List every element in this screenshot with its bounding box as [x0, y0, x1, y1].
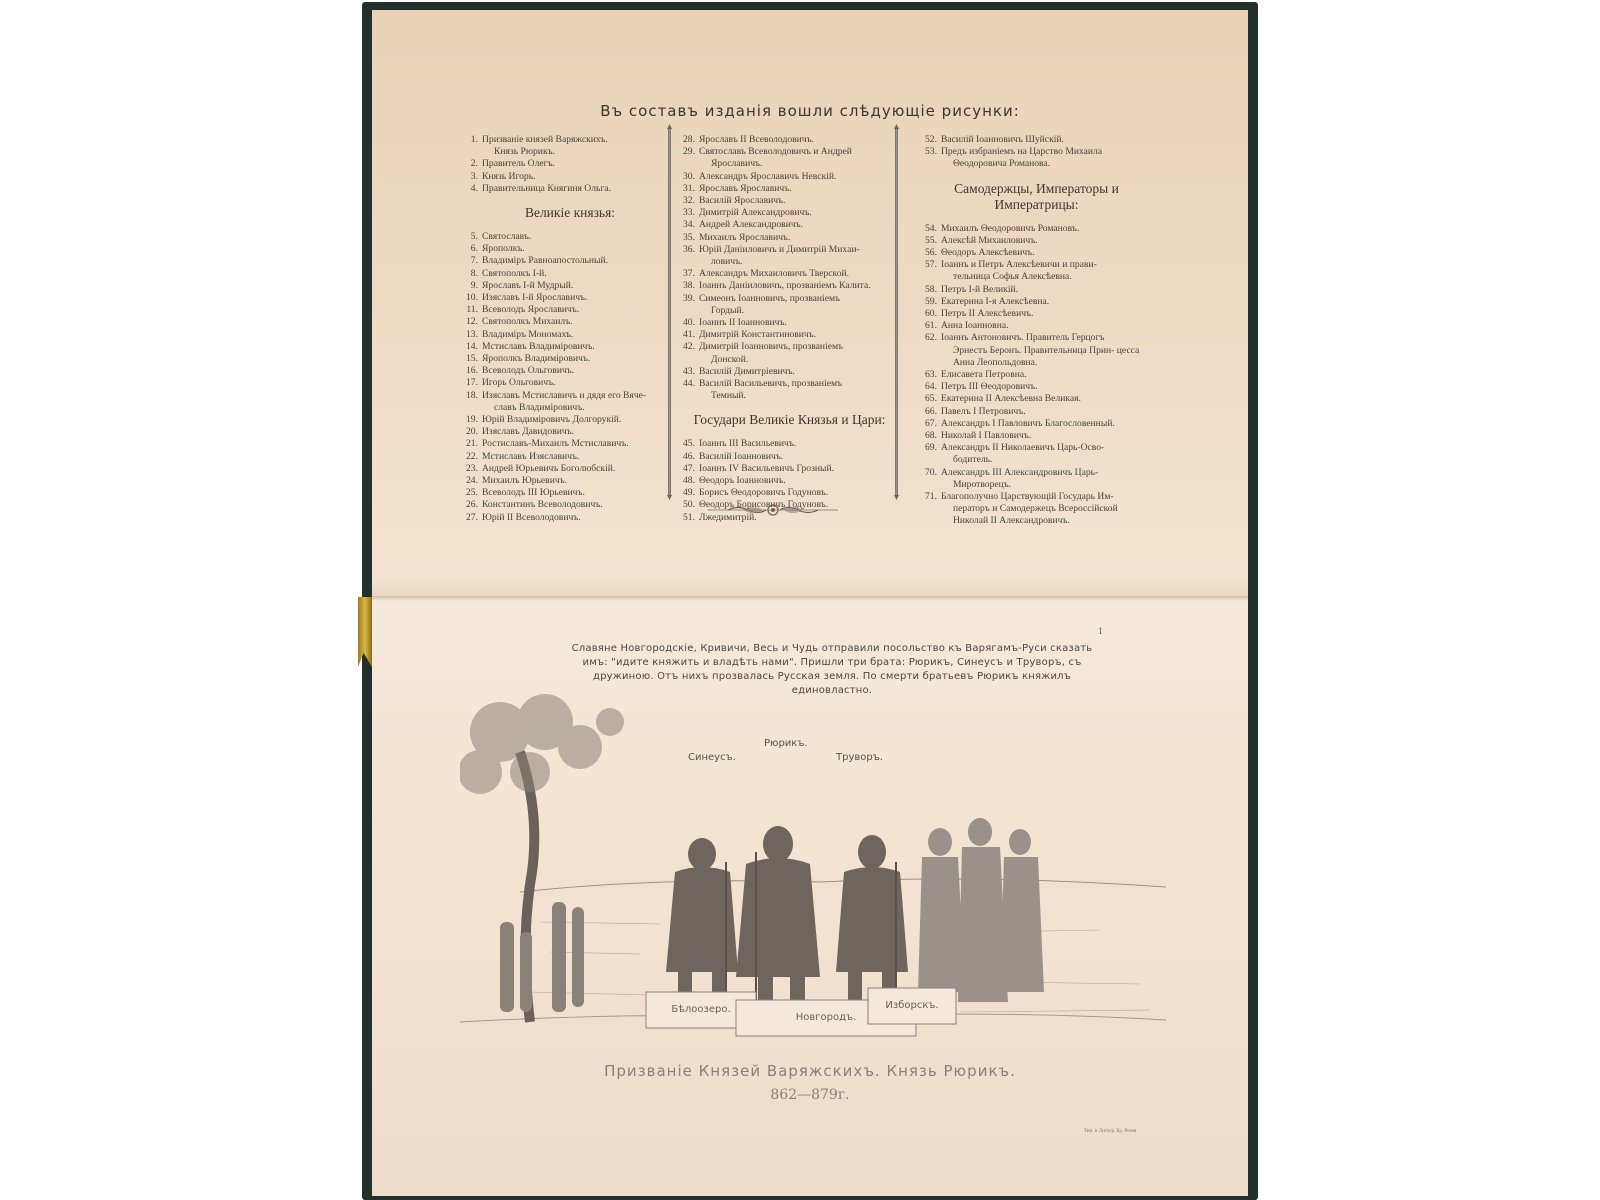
- entry-text: Владиміръ Равноапостольный.: [482, 255, 680, 267]
- entry-number: 61.: [919, 320, 941, 332]
- entry-number: 24.: [460, 475, 482, 487]
- entry-number: 14.: [460, 341, 482, 353]
- contents-entry: 42.Димитрій Іоанновичъ, прозваніемъДонск…: [677, 341, 902, 365]
- entry-title: Петръ I-й Великій.: [941, 284, 1018, 295]
- entry-text: Іоаннъ Антоновичъ. Правитель ГерцогъЭрне…: [941, 332, 1154, 369]
- entry-text: Александръ II Николаевичъ Царь-Осво-боди…: [941, 442, 1154, 466]
- contents-entry: 60.Петръ II Алексѣевичъ.: [919, 308, 1154, 320]
- entry-text: Симеонъ Іоанновичъ, прозваніемъГордый.: [699, 293, 902, 317]
- entry-title: Святославъ.: [482, 231, 531, 242]
- contents-entry: 59.Екатерина I-я Алексѣевна.: [919, 296, 1154, 308]
- entry-title: Игорь Ольговичъ.: [482, 377, 555, 388]
- contents-entry: 37.Александръ Михаиловичъ Тверской.: [677, 268, 902, 280]
- contents-entry: 36.Юрій Даніиловичъ и Димитрій Михаи-лов…: [677, 244, 902, 268]
- contents-entry: 48.Θеодоръ Іоанновичъ.: [677, 475, 902, 487]
- entry-title: Димитрій Константиновичъ.: [699, 329, 816, 340]
- entry-title: Борисъ Θеодоровичъ Годуновъ.: [699, 487, 828, 498]
- contents-entry: 2.Правитель Олегъ.: [460, 158, 680, 170]
- entry-title: Іоаннъ II Іоанновичъ.: [699, 317, 787, 328]
- entry-text: Святославъ Всеволодовичъ и АндрейЯрослав…: [699, 146, 902, 170]
- contents-entry: 6.Ярополкъ.: [460, 243, 680, 255]
- entry-title: Святославъ Всеволодовичъ и Андрей: [699, 146, 852, 157]
- entry-continuation: Θеодоровича Романова.: [941, 158, 1154, 170]
- entry-number: 59.: [919, 296, 941, 308]
- section-heading: Великіе князья:: [460, 205, 680, 221]
- section-heading: Государи Великіе Князья и Цари:: [677, 412, 902, 428]
- contents-entry: 43.Василій Димитріевичъ.: [677, 366, 902, 378]
- entry-title: Димитрій Александровичъ.: [699, 207, 812, 218]
- contents-entry: 62.Іоаннъ Антоновичъ. Правитель ГерцогъЭ…: [919, 332, 1154, 369]
- contents-entry: 13.Владиміръ Мономахъ.: [460, 329, 680, 341]
- entry-continuation: ловичъ.: [699, 256, 902, 268]
- entry-text: Димитрій Іоанновичъ, прозваніемъДонской.: [699, 341, 902, 365]
- entry-text: Іоаннъ и Петръ Алексѣевичи и прави-тельн…: [941, 259, 1154, 283]
- entry-text: Алексѣй Михаиловичъ.: [941, 235, 1154, 247]
- entry-number: 60.: [919, 308, 941, 320]
- entry-continuation: Гордый.: [699, 305, 902, 317]
- entry-number: 13.: [460, 329, 482, 341]
- contents-entry: 56.Θеодоръ Алексѣевичъ.: [919, 247, 1154, 259]
- entry-text: Юрій II Всеволодовичъ.: [482, 512, 680, 524]
- entry-title: Петръ III Θеодоровичъ.: [941, 381, 1037, 392]
- entry-title: Петръ II Алексѣевичъ.: [941, 308, 1033, 319]
- entry-text: Всеволодъ Ольговичъ.: [482, 365, 680, 377]
- entry-number: 67.: [919, 418, 941, 430]
- entry-text: Андрей Александровичъ.: [699, 219, 902, 231]
- contents-entry: 39.Симеонъ Іоанновичъ, прозваніемъГордый…: [677, 293, 902, 317]
- entry-title: Михаилъ Юрьевичъ.: [482, 475, 567, 486]
- contents-entry: 57.Іоаннъ и Петръ Алексѣевичи и прави-те…: [919, 259, 1154, 283]
- entry-continuation: славъ Владиміровичъ.: [482, 402, 680, 414]
- entry-title: Князь Игорь.: [482, 171, 536, 182]
- entry-text: Іоаннъ III Васильевичъ.: [699, 438, 902, 450]
- entry-continuation: бодитель.: [941, 454, 1154, 466]
- entry-number: 32.: [677, 195, 699, 207]
- contents-entry: 61.Анна Іоанновна.: [919, 320, 1154, 332]
- entry-text: Елисавета Петровна.: [941, 369, 1154, 381]
- contents-entry: 26.Константинъ Всеволодовичъ.: [460, 499, 680, 511]
- entry-text: Всеволодъ Ярославичъ.: [482, 304, 680, 316]
- contents-entry: 40.Іоаннъ II Іоанновичъ.: [677, 317, 902, 329]
- entry-title: Юрій Даніиловичъ и Димитрій Михаи-: [699, 244, 860, 255]
- entry-title: Михаилъ Θеодоровичъ Романовъ.: [941, 223, 1079, 234]
- entry-text: Петръ III Θеодоровичъ.: [941, 381, 1154, 393]
- entry-number: 15.: [460, 353, 482, 365]
- entry-title: Мстиславъ Изяславичъ.: [482, 451, 579, 462]
- contents-entry: 63.Елисавета Петровна.: [919, 369, 1154, 381]
- entry-number: 21.: [460, 438, 482, 450]
- entry-title: Василій Васильевичъ, прозваніемъ: [699, 378, 842, 389]
- contents-entry: 64.Петръ III Θеодоровичъ.: [919, 381, 1154, 393]
- entry-text: Петръ I-й Великій.: [941, 284, 1154, 296]
- entry-text: Екатерина I-я Алексѣевна.: [941, 296, 1154, 308]
- entry-number: 68.: [919, 430, 941, 442]
- contents-entry: 68.Николай I Павловичъ.: [919, 430, 1154, 442]
- entry-number: 53.: [919, 146, 941, 170]
- contents-entry: 34.Андрей Александровичъ.: [677, 219, 902, 231]
- contents-entry: 28.Ярославъ II Всеволодовичъ.: [677, 134, 902, 146]
- entry-number: 71.: [919, 491, 941, 528]
- section-heading: Самодержцы, Императоры и Императрицы:: [919, 181, 1154, 213]
- entry-title: Василій Димитріевичъ.: [699, 366, 795, 377]
- entry-title: Николай I Павловичъ.: [941, 430, 1031, 441]
- contents-entry: 67.Александръ I Павловичъ Благословенный…: [919, 418, 1154, 430]
- entry-text: Александръ Ярославичъ Невскій.: [699, 171, 902, 183]
- entry-number: 52.: [919, 134, 941, 146]
- entry-text: Александръ Михаиловичъ Тверской.: [699, 268, 902, 280]
- entry-continuation: Ярославичъ.: [699, 158, 902, 170]
- entry-number: 43.: [677, 366, 699, 378]
- entry-text: Князь Игорь.: [482, 171, 680, 183]
- entry-text: Изяславъ Давидовичъ.: [482, 426, 680, 438]
- entry-number: 57.: [919, 259, 941, 283]
- entry-number: 41.: [677, 329, 699, 341]
- entry-number: 46.: [677, 451, 699, 463]
- contents-entry: 53.Предъ избраніемъ на Царство МихаилаΘе…: [919, 146, 1154, 170]
- entry-title: Изяславъ I-й Ярославичъ.: [482, 292, 587, 303]
- entry-number: 1.: [460, 134, 482, 158]
- entry-text: Борисъ Θеодоровичъ Годуновъ.: [699, 487, 902, 499]
- entry-text: Ярославъ Ярославичъ.: [699, 183, 902, 195]
- entry-number: 66.: [919, 406, 941, 418]
- entry-title: Екатерина II Алексѣевна Великая.: [941, 393, 1081, 404]
- entry-text: Благополучно Царствующій Государь Им-пер…: [941, 491, 1154, 528]
- top-page-contents: Въ составъ изданія вошли слѣдующіе рисун…: [372, 10, 1248, 602]
- entry-title: Іоаннъ и Петръ Алексѣевичи и прави-: [941, 259, 1097, 270]
- entry-title: Θеодоръ Іоанновичъ.: [699, 475, 786, 486]
- contents-entry: 4.Правительница Княгиня Ольга.: [460, 183, 680, 195]
- contents-entry: 10.Изяславъ I-й Ярославичъ.: [460, 292, 680, 304]
- entry-number: 44.: [677, 378, 699, 402]
- entry-continuation: Эрнестъ Беронъ. Правительница Прин- цесс…: [941, 345, 1154, 369]
- entry-text: Анна Іоанновна.: [941, 320, 1154, 332]
- entry-number: 8.: [460, 268, 482, 280]
- entry-title: Владиміръ Мономахъ.: [482, 329, 573, 340]
- entry-number: 55.: [919, 235, 941, 247]
- entry-title: Благополучно Царствующій Государь Им-: [941, 491, 1114, 502]
- entry-title: Димитрій Іоанновичъ, прозваніемъ: [699, 341, 843, 352]
- entry-number: 23.: [460, 463, 482, 475]
- entry-title: Правительница Княгиня Ольга.: [482, 183, 611, 194]
- entry-text: Мстиславъ Владиміровичъ.: [482, 341, 680, 353]
- contents-entry: 23.Андрей Юрьевичъ Боголюбскій.: [460, 463, 680, 475]
- entry-text: Іоаннъ Даніиловичъ, прозваніемъ Калита.: [699, 280, 902, 292]
- entry-title: Святополкъ I-й.: [482, 268, 547, 279]
- contents-entry: 14.Мстиславъ Владиміровичъ.: [460, 341, 680, 353]
- entry-text: Призваніе князей Варяжскихъ.Князь Рюрикъ…: [482, 134, 680, 158]
- contents-entry: 46.Василій Іоанновичъ.: [677, 451, 902, 463]
- entry-text: Мстиславъ Изяславичъ.: [482, 451, 680, 463]
- entry-title: Ярополкъ Владиміровичъ.: [482, 353, 590, 364]
- entry-number: 62.: [919, 332, 941, 369]
- contents-column-2: 28.Ярославъ II Всеволодовичъ.29.Святосла…: [677, 134, 902, 524]
- entry-number: 69.: [919, 442, 941, 466]
- entry-title: Владиміръ Равноапостольный.: [482, 255, 608, 266]
- contents-entry: 19.Юрій Владиміровичъ Долгорукій.: [460, 414, 680, 426]
- entry-title: Александръ II Николаевичъ Царь-Осво-: [941, 442, 1104, 453]
- figure-label-rurik: Рюрикъ.: [764, 738, 808, 749]
- entry-text: Александръ III Александровичъ Царь-Мирот…: [941, 467, 1154, 491]
- entry-number: 7.: [460, 255, 482, 267]
- contents-entry: 33.Димитрій Александровичъ.: [677, 207, 902, 219]
- contents-entry: 30.Александръ Ярославичъ Невскій.: [677, 171, 902, 183]
- entry-number: 20.: [460, 426, 482, 438]
- entry-title: Іоаннъ IV Васильевичъ Грозный.: [699, 463, 834, 474]
- entry-text: Павелъ I Петровичъ.: [941, 406, 1154, 418]
- entry-title: Андрей Александровичъ.: [699, 219, 803, 230]
- contents-entry: 20.Изяславъ Давидовичъ.: [460, 426, 680, 438]
- entry-number: 17.: [460, 377, 482, 389]
- entry-text: Михаилъ Ярославичъ.: [699, 232, 902, 244]
- entry-text: Юрій Даніиловичъ и Димитрій Михаи-ловичъ…: [699, 244, 902, 268]
- contents-column-1: 1.Призваніе князей Варяжскихъ.Князь Рюри…: [460, 134, 680, 524]
- entry-text: Александръ I Павловичъ Благословенный.: [941, 418, 1154, 430]
- entry-title: Θеодоръ Алексѣевичъ.: [941, 247, 1035, 258]
- contents-entry: 49.Борисъ Θеодоровичъ Годуновъ.: [677, 487, 902, 499]
- entry-number: 6.: [460, 243, 482, 255]
- contents-entry: 45.Іоаннъ III Васильевичъ.: [677, 438, 902, 450]
- entry-text: Екатерина II Алексѣевна Великая.: [941, 393, 1154, 405]
- entry-title: Іоаннъ Антоновичъ. Правитель Герцогъ: [941, 332, 1104, 343]
- entry-number: 2.: [460, 158, 482, 170]
- entry-text: Юрій Владиміровичъ Долгорукій.: [482, 414, 680, 426]
- entry-number: 11.: [460, 304, 482, 316]
- entry-number: 64.: [919, 381, 941, 393]
- contents-entry: 65.Екатерина II Алексѣевна Великая.: [919, 393, 1154, 405]
- entry-title: Ярославъ I-й Мудрый.: [482, 280, 573, 291]
- entry-number: 38.: [677, 280, 699, 292]
- entry-continuation: Князь Рюрикъ.: [482, 146, 680, 158]
- contents-entry: 5.Святославъ.: [460, 231, 680, 243]
- entry-title: Алексѣй Михаиловичъ.: [941, 235, 1038, 246]
- entry-text: Ярославъ I-й Мудрый.: [482, 280, 680, 292]
- entry-number: 22.: [460, 451, 482, 463]
- entry-title: Ярополкъ.: [482, 243, 525, 254]
- entry-title: Симеонъ Іоанновичъ, прозваніемъ: [699, 293, 840, 304]
- contents-entry: 27.Юрій II Всеволодовичъ.: [460, 512, 680, 524]
- entry-number: 47.: [677, 463, 699, 475]
- contents-entry: 31.Ярославъ Ярославичъ.: [677, 183, 902, 195]
- printer-credit: Тип. и Литогр. Бр. Розен: [1084, 1129, 1136, 1134]
- entry-number: 26.: [460, 499, 482, 511]
- entry-number: 31.: [677, 183, 699, 195]
- entry-text: Ярополкъ.: [482, 243, 680, 255]
- entry-number: 70.: [919, 467, 941, 491]
- contents-entry: 1.Призваніе князей Варяжскихъ.Князь Рюри…: [460, 134, 680, 158]
- entry-title: Ярославъ Ярославичъ.: [699, 183, 792, 194]
- contents-entry: 71.Благополучно Царствующій Государь Им-…: [919, 491, 1154, 528]
- entry-text: Іоаннъ IV Васильевичъ Грозный.: [699, 463, 902, 475]
- entry-title: Василій Іоанновичъ.: [699, 451, 783, 462]
- contents-entry: 3.Князь Игорь.: [460, 171, 680, 183]
- entry-text: Андрей Юрьевичъ Боголюбскій.: [482, 463, 680, 475]
- bottom-page-plate: 1 Славяне Новгородскіе, Кривичи, Весь и …: [372, 602, 1248, 1196]
- entry-title: Юрій Владиміровичъ Долгорукій.: [482, 414, 621, 425]
- entry-number: 40.: [677, 317, 699, 329]
- entry-text: Василій Димитріевичъ.: [699, 366, 902, 378]
- entry-title: Андрей Юрьевичъ Боголюбскій.: [482, 463, 615, 474]
- entry-number: 4.: [460, 183, 482, 195]
- entry-text: Правительница Княгиня Ольга.: [482, 183, 680, 195]
- entry-number: 12.: [460, 316, 482, 328]
- entry-number: 34.: [677, 219, 699, 231]
- entry-title: Елисавета Петровна.: [941, 369, 1027, 380]
- contents-entry: 58.Петръ I-й Великій.: [919, 284, 1154, 296]
- entry-number: 63.: [919, 369, 941, 381]
- entry-number: 48.: [677, 475, 699, 487]
- entry-title: Изяславъ Давидовичъ.: [482, 426, 574, 437]
- contents-entry: 66.Павелъ I Петровичъ.: [919, 406, 1154, 418]
- entry-title: Мстиславъ Владиміровичъ.: [482, 341, 595, 352]
- entry-title: Александръ Ярославичъ Невскій.: [699, 171, 836, 182]
- entry-number: 5.: [460, 231, 482, 243]
- entry-number: 36.: [677, 244, 699, 268]
- entry-text: Изяславъ I-й Ярославичъ.: [482, 292, 680, 304]
- entry-number: 29.: [677, 146, 699, 170]
- contents-entry: 12.Святополкъ Михаилъ.: [460, 316, 680, 328]
- entry-number: 3.: [460, 171, 482, 183]
- entry-number: 51.: [677, 512, 699, 524]
- entry-number: 42.: [677, 341, 699, 365]
- entry-title: Василій Ярославичъ.: [699, 195, 785, 206]
- figure-label-truvor: Труворъ.: [836, 752, 883, 763]
- entry-text: Θеодоръ Алексѣевичъ.: [941, 247, 1154, 259]
- entry-text: Константинъ Всеволодовичъ.: [482, 499, 680, 511]
- contents-entry: 21.Ростиславъ-Михаилъ Мстиславичъ.: [460, 438, 680, 450]
- entry-title: Іоаннъ Даніиловичъ, прозваніемъ Калита.: [699, 280, 871, 291]
- entry-number: 33.: [677, 207, 699, 219]
- contents-entry: 7.Владиміръ Равноапостольный.: [460, 255, 680, 267]
- entry-text: Іоаннъ II Іоанновичъ.: [699, 317, 902, 329]
- entry-number: 10.: [460, 292, 482, 304]
- entry-text: Михаилъ Юрьевичъ.: [482, 475, 680, 487]
- contents-entry: 32.Василій Ярославичъ.: [677, 195, 902, 207]
- entry-title: Ростиславъ-Михаилъ Мстиславичъ.: [482, 438, 629, 449]
- entry-text: Святополкъ Михаилъ.: [482, 316, 680, 328]
- entry-text: Предъ избраніемъ на Царство МихаилаΘеодо…: [941, 146, 1154, 170]
- ornament-divider-icon: [708, 502, 838, 518]
- entry-text: Всеволодъ III Юрьевичъ.: [482, 487, 680, 499]
- entry-title: Призваніе князей Варяжскихъ.: [482, 134, 608, 145]
- entry-title: Изяславъ Мстиславичъ и дядя его Вяче-: [482, 390, 646, 401]
- entry-number: 28.: [677, 134, 699, 146]
- contents-entry: 47.Іоаннъ IV Васильевичъ Грозный.: [677, 463, 902, 475]
- entry-text: Θеодоръ Іоанновичъ.: [699, 475, 902, 487]
- entry-title: Александръ I Павловичъ Благословенный.: [941, 418, 1115, 429]
- entry-number: 16.: [460, 365, 482, 377]
- entry-title: Константинъ Всеволодовичъ.: [482, 499, 603, 510]
- entry-title: Александръ III Александровичъ Царь-: [941, 467, 1098, 478]
- entry-text: Ростиславъ-Михаилъ Мстиславичъ.: [482, 438, 680, 450]
- entry-title: Іоаннъ III Васильевичъ.: [699, 438, 796, 449]
- entry-text: Михаилъ Θеодоровичъ Романовъ.: [941, 223, 1154, 235]
- contents-entry: 41.Димитрій Константиновичъ.: [677, 329, 902, 341]
- entry-continuation: Темный.: [699, 390, 902, 402]
- contents-entry: 54.Михаилъ Θеодоровичъ Романовъ.: [919, 223, 1154, 235]
- contents-entry: 35.Михаилъ Ярославичъ.: [677, 232, 902, 244]
- entry-title: Юрій II Всеволодовичъ.: [482, 512, 581, 523]
- entry-text: Владиміръ Мономахъ.: [482, 329, 680, 341]
- entry-text: Ярославъ II Всеволодовичъ.: [699, 134, 902, 146]
- entry-number: 50.: [677, 499, 699, 511]
- entry-number: 25.: [460, 487, 482, 499]
- plinth-label-novgorod: Новгородъ.: [736, 1012, 916, 1023]
- entry-number: 18.: [460, 390, 482, 414]
- entry-title: Анна Іоанновна.: [941, 320, 1009, 331]
- entry-text: Димитрій Александровичъ.: [699, 207, 902, 219]
- entry-text: Петръ II Алексѣевичъ.: [941, 308, 1154, 320]
- entry-title: Павелъ I Петровичъ.: [941, 406, 1026, 417]
- entry-title: Екатерина I-я Алексѣевна.: [941, 296, 1049, 307]
- entry-number: 30.: [677, 171, 699, 183]
- plinth-label-izborsk: Изборскъ.: [868, 1000, 956, 1011]
- contents-entry: 69.Александръ II Николаевичъ Царь-Осво-б…: [919, 442, 1154, 466]
- entry-text: Игорь Ольговичъ.: [482, 377, 680, 389]
- entry-text: Василій Іоанновичъ Шуйскій.: [941, 134, 1154, 146]
- contents-entry: 8.Святополкъ I-й.: [460, 268, 680, 280]
- entry-number: 49.: [677, 487, 699, 499]
- contents-entry: 16.Всеволодъ Ольговичъ.: [460, 365, 680, 377]
- contents-column-3: 52.Василій Іоанновичъ Шуйскій.53.Предъ и…: [919, 134, 1154, 528]
- contents-entry: 11.Всеволодъ Ярославичъ.: [460, 304, 680, 316]
- entry-number: 45.: [677, 438, 699, 450]
- contents-entry: 9.Ярославъ I-й Мудрый.: [460, 280, 680, 292]
- entry-title: Александръ Михаиловичъ Тверской.: [699, 268, 849, 279]
- contents-entry: 38.Іоаннъ Даніиловичъ, прозваніемъ Калит…: [677, 280, 902, 292]
- contents-entry: 15.Ярополкъ Владиміровичъ.: [460, 353, 680, 365]
- entry-title: Предъ избраніемъ на Царство Михаила: [941, 146, 1102, 157]
- entry-number: 35.: [677, 232, 699, 244]
- plate-caption: Славяне Новгородскіе, Кривичи, Весь и Чу…: [562, 642, 1102, 698]
- contents-entry: 29.Святославъ Всеволодовичъ и АндрейЯрос…: [677, 146, 902, 170]
- contents-entry: 18.Изяславъ Мстиславичъ и дядя его Вяче-…: [460, 390, 680, 414]
- entry-title: Правитель Олегъ.: [482, 158, 555, 169]
- entry-number: 58.: [919, 284, 941, 296]
- entry-title: Михаилъ Ярославичъ.: [699, 232, 790, 243]
- entry-number: 56.: [919, 247, 941, 259]
- entry-continuation: Миротворецъ.: [941, 479, 1154, 491]
- plate-title: Призваніе Князей Варяжскихъ. Князь Рюрик…: [372, 1062, 1248, 1080]
- entry-title: Всеволодъ Ольговичъ.: [482, 365, 574, 376]
- engraving-illustration: [460, 692, 1166, 1042]
- entry-number: 9.: [460, 280, 482, 292]
- entry-text: Николай I Павловичъ.: [941, 430, 1154, 442]
- entry-number: 65.: [919, 393, 941, 405]
- entry-title: Ярославъ II Всеволодовичъ.: [699, 134, 814, 145]
- entry-title: Святополкъ Михаилъ.: [482, 316, 573, 327]
- entry-title: Василій Іоанновичъ Шуйскій.: [941, 134, 1064, 145]
- contents-entry: 55.Алексѣй Михаиловичъ.: [919, 235, 1154, 247]
- entry-text: Ярополкъ Владиміровичъ.: [482, 353, 680, 365]
- entry-text: Правитель Олегъ.: [482, 158, 680, 170]
- contents-entry: 24.Михаилъ Юрьевичъ.: [460, 475, 680, 487]
- entry-text: Святополкъ I-й.: [482, 268, 680, 280]
- contents-entry: 17.Игорь Ольговичъ.: [460, 377, 680, 389]
- entry-number: 27.: [460, 512, 482, 524]
- contents-title: Въ составъ изданія вошли слѣдующіе рисун…: [372, 102, 1248, 120]
- entry-text: Василій Васильевичъ, прозваніемъТемный.: [699, 378, 902, 402]
- entry-number: 39.: [677, 293, 699, 317]
- entry-text: Василій Іоанновичъ.: [699, 451, 902, 463]
- entry-number: 37.: [677, 268, 699, 280]
- contents-entry: 52.Василій Іоанновичъ Шуйскій.: [919, 134, 1154, 146]
- entry-title: Всеволодъ III Юрьевичъ.: [482, 487, 585, 498]
- entry-text: Святославъ.: [482, 231, 680, 243]
- entry-continuation: тельница Софья Алексѣевна.: [941, 271, 1154, 283]
- plate-dates: 862—879г.: [372, 1087, 1248, 1103]
- figure-label-sineus: Синеусъ.: [688, 752, 736, 763]
- entry-text: Василій Ярославичъ.: [699, 195, 902, 207]
